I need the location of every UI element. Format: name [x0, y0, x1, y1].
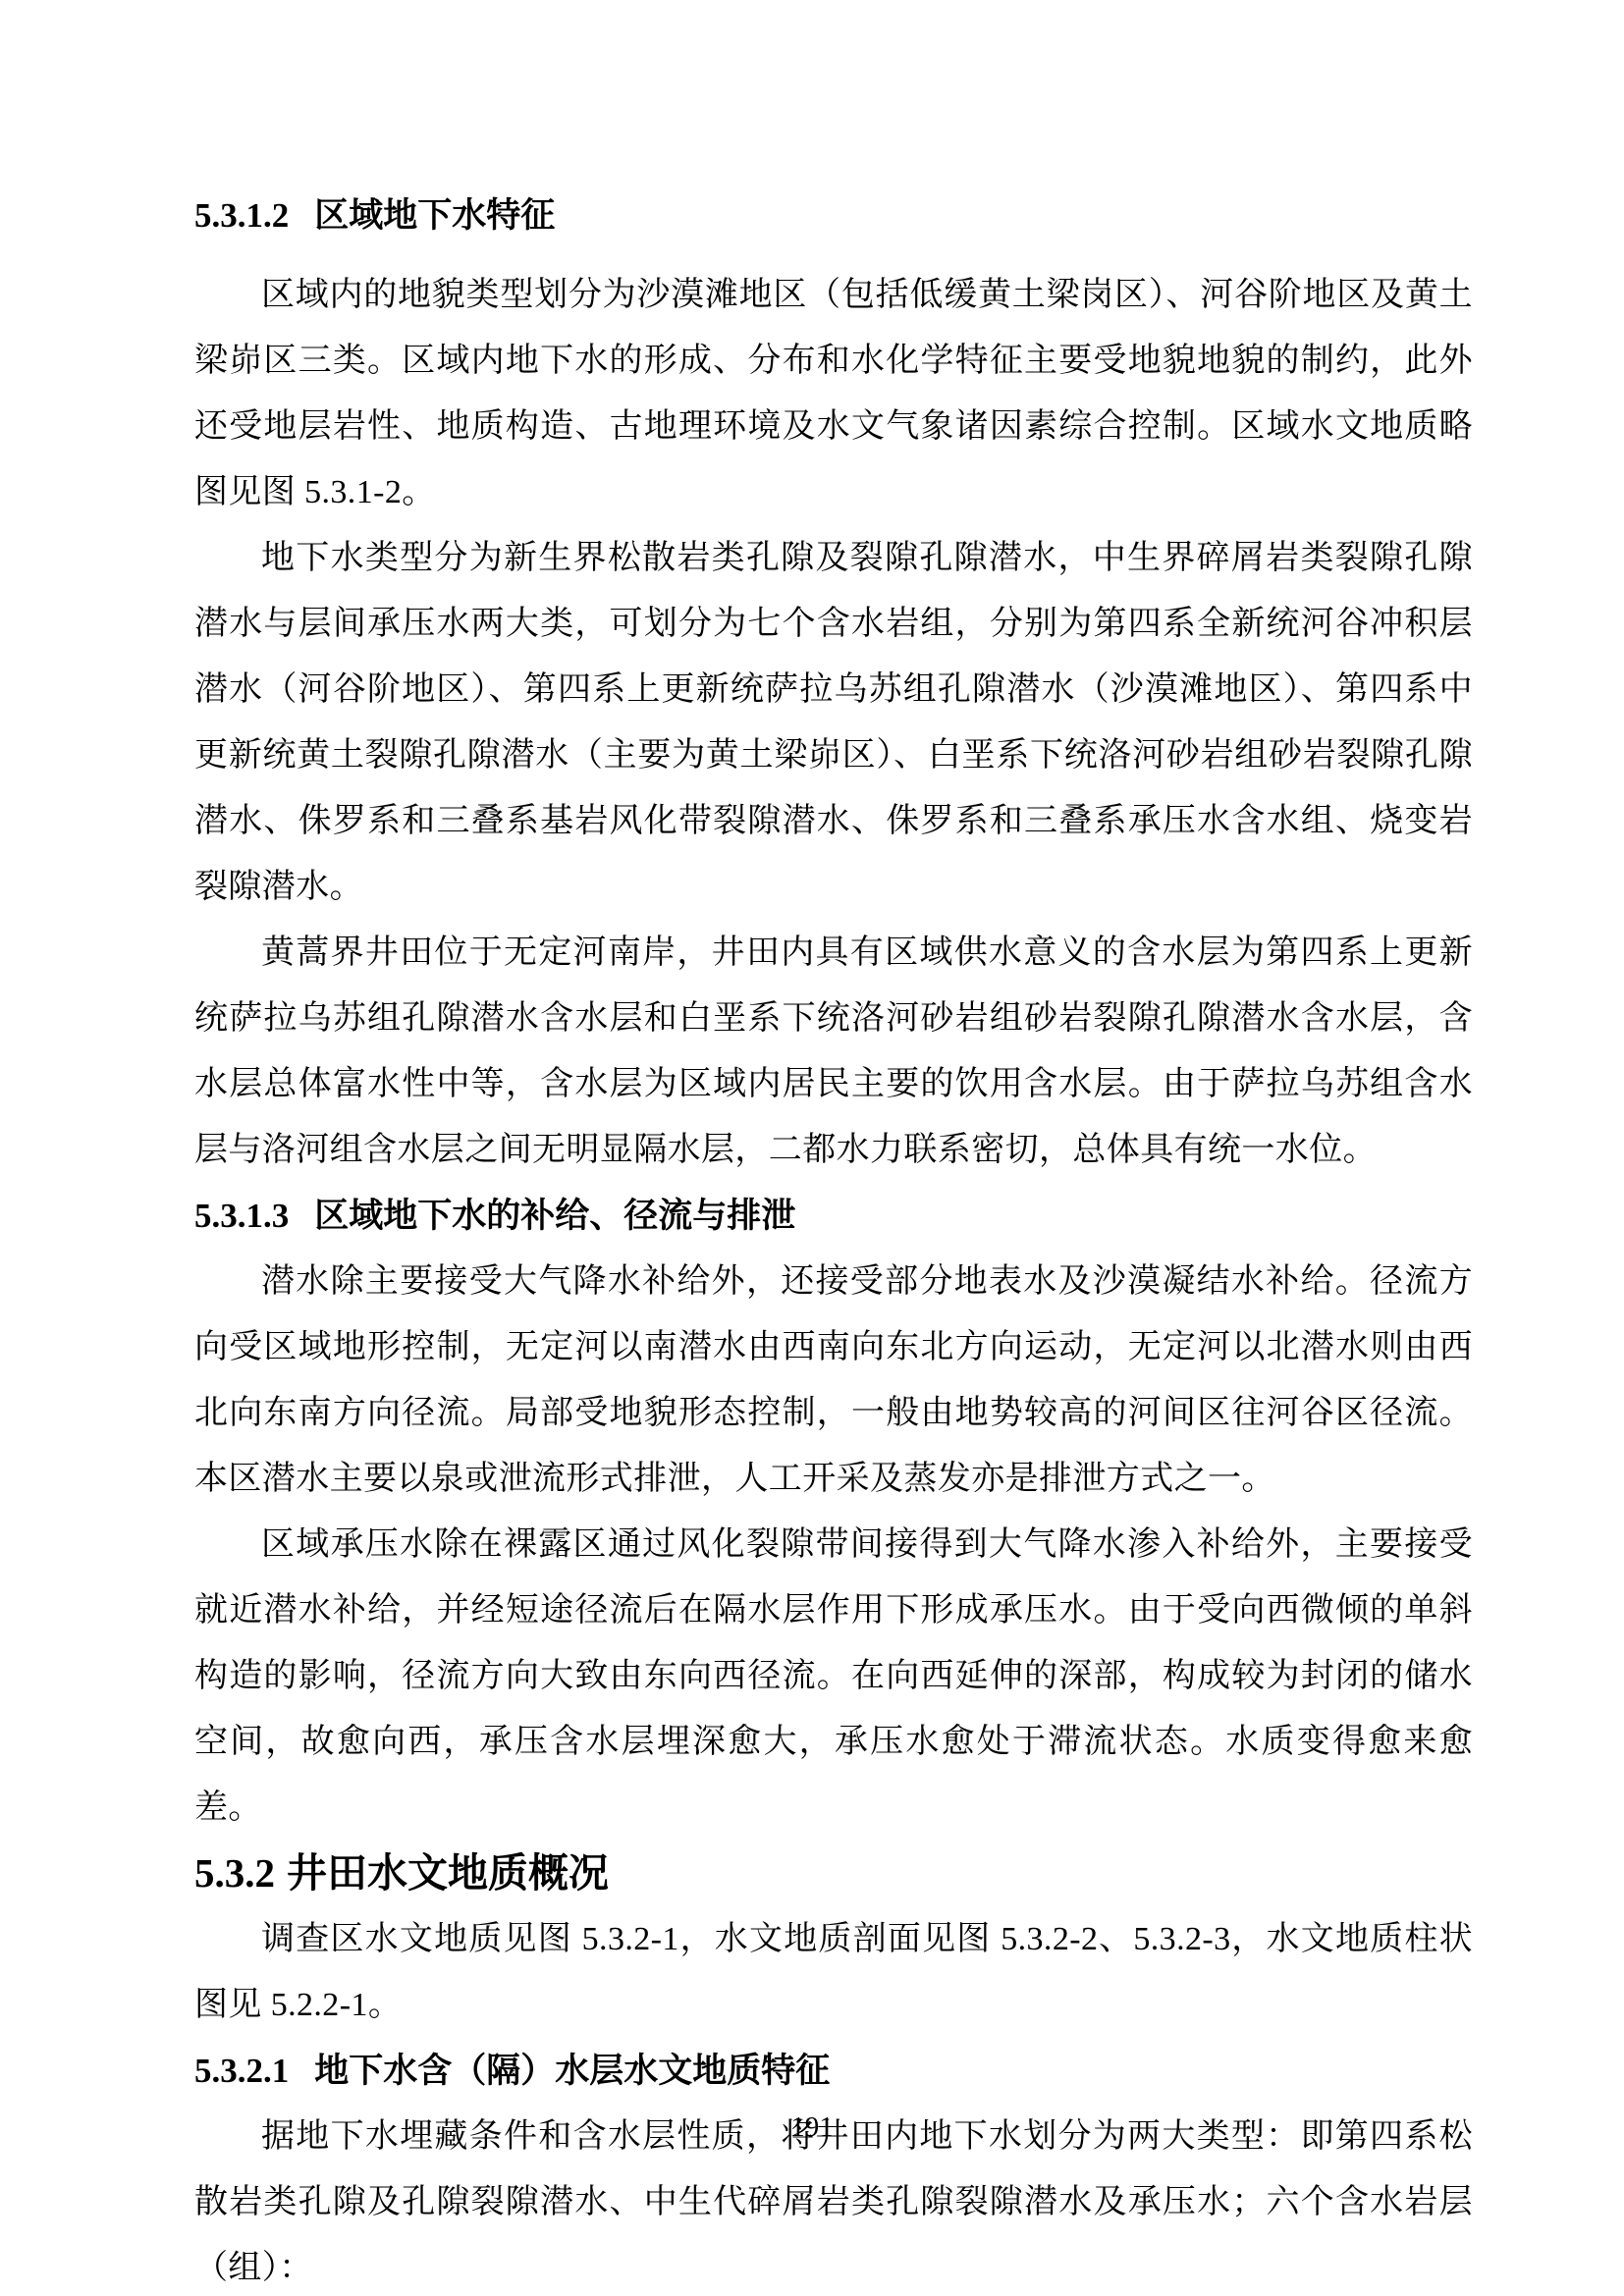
heading-number: 5.3.1.3 — [194, 1197, 289, 1235]
heading-title: 区域地下水的补给、径流与排泄 — [314, 1197, 795, 1235]
page-number: 191 — [0, 2110, 1624, 2144]
section-heading-5-3-1-2: 5.3.1.2区域地下水特征 — [194, 183, 1473, 248]
paragraph-confined-water: 区域承压水除在裸露区通过风化裂隙带间接得到大气降水渗入补给外，主要接受就近潜水补… — [194, 1512, 1473, 1841]
paragraph-regional-geomorphology: 区域内的地貌类型划分为沙漠滩地区（包括低缓黄土梁岗区）、河谷阶地区及黄土梁峁区三… — [194, 262, 1473, 525]
section-heading-5-3-2: 5.3.2井田水文地质概况 — [194, 1841, 1473, 1906]
paragraph-survey-figures: 调查区水文地质见图 5.3.2-1，水文地质剖面见图 5.3.2-2、5.3.2… — [194, 1906, 1473, 2038]
heading-number: 5.3.2 — [194, 1850, 275, 1896]
section-heading-5-3-1-3: 5.3.1.3区域地下水的补给、径流与排泄 — [194, 1183, 1473, 1249]
heading-title: 区域地下水特征 — [314, 196, 555, 235]
document-page: 5.3.1.2区域地下水特征 区域内的地貌类型划分为沙漠滩地区（包括低缓黄土梁岗… — [0, 0, 1624, 2296]
heading-title: 井田水文地质概况 — [287, 1850, 609, 1896]
page-content: 5.3.1.2区域地下水特征 区域内的地貌类型划分为沙漠滩地区（包括低缓黄土梁岗… — [194, 183, 1473, 2296]
paragraph-phreatic-recharge-runoff: 潜水除主要接受大气降水补给外，还接受部分地表水及沙漠凝结水补给。径流方向受区域地… — [194, 1249, 1473, 1512]
paragraph-huanghaojie-aquifers: 黄蒿界井田位于无定河南岸，井田内具有区域供水意义的含水层为第四系上更新统萨拉乌苏… — [194, 920, 1473, 1183]
paragraph-groundwater-types: 地下水类型分为新生界松散岩类孔隙及裂隙孔隙潜水，中生界碎屑岩类裂隙孔隙潜水与层间… — [194, 525, 1473, 920]
heading-number: 5.3.2.1 — [194, 2052, 289, 2090]
heading-title: 地下水含（隔）水层水文地质特征 — [314, 2052, 830, 2090]
heading-number: 5.3.1.2 — [194, 196, 289, 235]
section-heading-5-3-2-1: 5.3.2.1地下水含（隔）水层水文地质特征 — [194, 2038, 1473, 2104]
